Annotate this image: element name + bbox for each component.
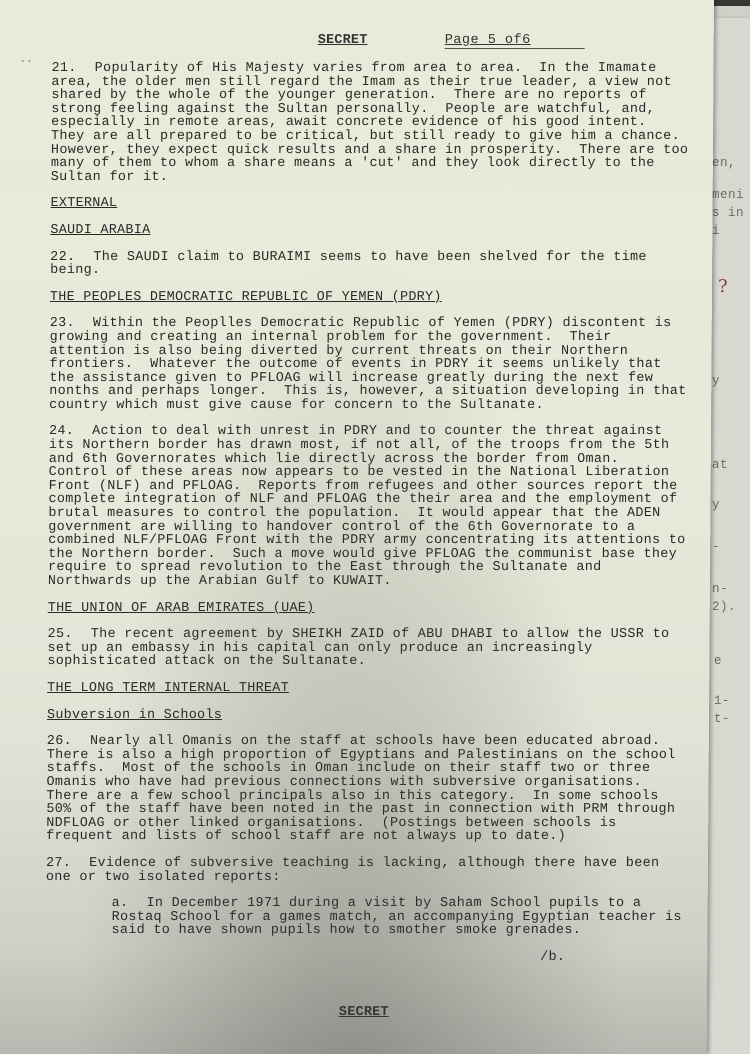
heading-uae: THE UNION OF ARAB EMIRATES (UAE) xyxy=(48,602,688,616)
paragraph-25: 25.The recent agreement by SHEIKH ZAID o… xyxy=(47,628,687,669)
back-page-fragment: t- xyxy=(714,712,730,726)
paragraph-27: 27.Evidence of subversive teaching is la… xyxy=(46,857,686,884)
back-page-fragment: 1- xyxy=(714,694,730,708)
classification-marking-top: SECRET xyxy=(318,33,368,48)
back-page-fragment: 2). xyxy=(712,600,736,614)
pen-annotation-mark: ? xyxy=(718,276,728,297)
paragraph-21: 21.Popularity of His Majesty varies from… xyxy=(51,62,692,184)
back-page-fragment: e xyxy=(714,654,722,668)
heading-pdry: THE PEOPLES DEMOCRATIC REPUBLIC OF YEMEN… xyxy=(50,291,690,305)
paragraph-26: 26.Nearly all Omanis on the staff at sch… xyxy=(46,735,687,844)
heading-long-term-internal-threat: THE LONG TERM INTERNAL THREAT xyxy=(47,682,687,696)
heading-subversion-in-schools: Subversion in Schools xyxy=(47,709,687,723)
heading-saudi-arabia: SAUDI ARABIA xyxy=(50,224,690,238)
continuation-mark: /b. xyxy=(45,951,685,965)
subparagraph-27a: a.In December 1971 during a visit by Sah… xyxy=(111,897,685,938)
heading-external: EXTERNAL xyxy=(51,197,691,211)
paragraph-23: 23.Within the Peoplles Democratic Republ… xyxy=(49,317,690,412)
back-page-fragment: n- xyxy=(712,582,728,596)
margin-specks: ∙∙ xyxy=(20,56,33,68)
page-number: Page 5 of6 xyxy=(445,33,585,49)
document-body: 21.Popularity of His Majesty varies from… xyxy=(45,62,691,970)
classification-marking-bottom: SECRET xyxy=(339,1005,389,1020)
page-header: SECRET Page 5 of6 xyxy=(0,33,714,53)
document-page: SECRET Page 5 of6 ∙∙ 21.Popularity of Hi… xyxy=(0,0,714,1054)
paragraph-22: 22.The SAUDI claim to BURAIMI seems to h… xyxy=(50,251,690,278)
back-page-fragment: - xyxy=(712,540,720,554)
paragraph-24: 24.Action to deal with unrest in PDRY an… xyxy=(48,425,689,588)
